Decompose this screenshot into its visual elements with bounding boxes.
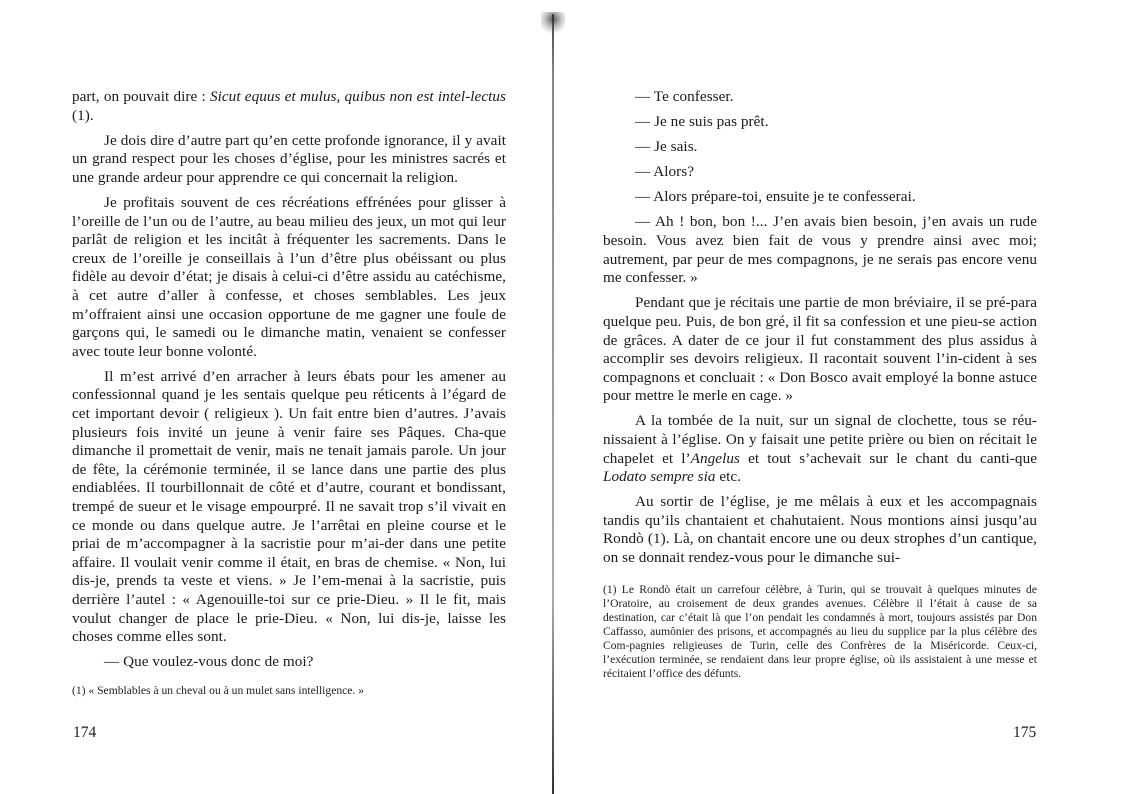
paragraph-7: A la tombée de la nuit, sur un signal de… [603,412,1037,486]
scan-artifact [541,12,565,36]
dialogue-line: — Que voulez-vous donc de moi? [72,653,506,672]
italic-term-angelus: Angelus [691,450,740,467]
right-page-body: — Te confesser. — Je ne suis pas prêt. —… [603,88,1037,574]
paragraph-text: part, on pouvait dire : [72,88,210,105]
paragraph-8: Au sortir de l’église, je me mêlais à eu… [603,493,1037,567]
left-page-body: part, on pouvait dire : Sicut equus et m… [72,88,506,678]
latin-quote: Sicut equus et mulus, quibus non est int… [210,88,506,105]
dialogue-line: — Je sais. [603,138,1037,157]
left-footnote: (1) « Semblables à un cheval ou à un mul… [72,684,506,698]
dialogue-line: — Alors? [603,163,1037,182]
paragraph-text: et tout s’achevait sur le chant du canti… [740,450,1037,467]
footnote-ref: (1). [72,107,94,124]
paragraph-1: Je dois dire d’autre part qu’en cette pr… [72,132,506,188]
paragraph-3: Il m’est arrivé d’en arracher à leurs éb… [72,368,506,647]
dialogue-line: — Alors prépare-toi, ensuite je te confe… [603,188,1037,207]
paragraph-6: Pendant que je récitais une partie de mo… [603,294,1037,406]
page-number-right: 175 [1013,724,1036,742]
paragraph-0: part, on pouvait dire : Sicut equus et m… [72,88,506,125]
dialogue-line: — Te confesser. [603,88,1037,107]
paragraph-text: etc. [716,468,742,485]
dialogue-line: — Je ne suis pas prêt. [603,113,1037,132]
paragraph-5: — Ah ! bon, bon !... J’en avais bien bes… [603,213,1037,287]
paragraph-2: Je profitais souvent de ces récréations … [72,194,506,361]
book-spine-gutter [552,14,554,794]
book-spread: part, on pouvait dire : Sicut equus et m… [0,0,1123,794]
right-footnote: (1) Le Rondò était un carrefour célèbre,… [603,583,1037,681]
italic-term-hymn: Lodato sempre sia [603,468,716,485]
page-number-left: 174 [73,724,96,742]
